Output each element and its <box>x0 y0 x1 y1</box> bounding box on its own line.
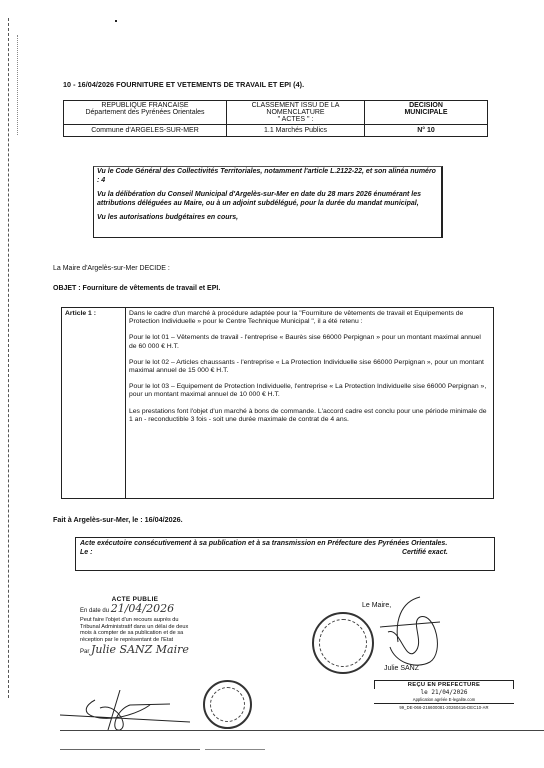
classement-value: 1.1 Marchés Publics <box>264 127 327 134</box>
article-label: Article 1 : <box>62 308 126 499</box>
article-lot-03: Pour le lot 03 – Equipement de Protectio… <box>129 383 490 399</box>
scan-margin-marks <box>17 35 19 135</box>
article-lot-01: Pour le lot 01 – Vêtements de travail - … <box>129 334 490 350</box>
recu-prefecture-code: 99_DE-066-216600081-20260416-DEC10-AR <box>374 704 514 711</box>
header-commune-cell: REPUBLIQUE FRANCAISE Département des Pyr… <box>64 101 227 125</box>
departement-label: Département des Pyrénées Orientales <box>66 109 224 116</box>
recu-prefecture-stamp: REÇU EN PREFECTURE le 21/04/2026 Applica… <box>374 680 514 711</box>
certifie-exact-label: Certifié exact. <box>402 549 448 556</box>
nomenclature-label: NOMENCLATURE <box>229 109 362 116</box>
acte-publie-date-label: En date du <box>80 608 109 614</box>
maire-name: Julie SANZ <box>384 665 419 672</box>
acte-publie-par-handwritten: Julie SANZ Maire <box>91 643 189 656</box>
scan-bottom-line <box>60 730 544 731</box>
municipale-label: MUNICIPALE <box>367 109 485 116</box>
commune-cell: Commune d'ARGELES-SUR-MER <box>64 125 227 137</box>
acte-publie-recours-text: Peut faire l'objet d'un recours auprès d… <box>80 617 190 643</box>
acte-publie-date-handwritten: 21/04/2026 <box>111 602 174 615</box>
vu-code-general: Vu le Code Général des Collectivités Ter… <box>97 168 438 185</box>
classement-label: CLASSEMENT ISSU DE LA <box>229 102 362 109</box>
header-classement-cell: CLASSEMENT ISSU DE LA NOMENCLATURE " ACT… <box>227 101 365 125</box>
scan-margin-line <box>8 18 10 698</box>
actes-label: " ACTES " : <box>229 116 362 123</box>
executoire-text: Acte exécutoire consécutivement à sa pub… <box>80 540 490 549</box>
document-title: 10 - 16/04/2026 FOURNITURE ET VETEMENTS … <box>63 80 304 89</box>
executoire-le-label: Le : <box>80 549 400 558</box>
acte-publie-par-label: Par <box>80 649 89 655</box>
municipal-seal-stamp-small-icon <box>203 680 252 729</box>
recu-prefecture-heading: REÇU EN PREFECTURE <box>374 680 514 689</box>
header-decision-cell: DECISION MUNICIPALE <box>365 101 488 125</box>
scan-bottom-line-2 <box>60 749 200 750</box>
article-lot-02: Pour le lot 02 – Articles chaussants - l… <box>129 359 490 375</box>
republique-label: REPUBLIQUE FRANCAISE <box>66 102 224 109</box>
vu-budget: Vu les autorisations budgétaires en cour… <box>97 214 438 223</box>
header-table: REPUBLIQUE FRANCAISE Département des Pyr… <box>63 100 488 137</box>
secondary-signature-icon <box>60 690 200 735</box>
acte-publie-stamp: ACTE PUBLIE En date du 21/04/2026 Peut f… <box>80 596 190 656</box>
classement-value-cell: 1.1 Marchés Publics <box>227 125 365 137</box>
decision-label: DECISION <box>367 102 485 109</box>
decision-number-cell: N° 10 <box>365 125 488 137</box>
decision-number: N° 10 <box>417 127 435 134</box>
recu-prefecture-date: le 21/04/2026 <box>374 689 514 696</box>
article-table: Article 1 : Dans le cadre d'un marché à … <box>61 307 494 499</box>
executoire-box: Acte exécutoire consécutivement à sa pub… <box>75 537 495 571</box>
vu-box: Vu le Code Général des Collectivités Ter… <box>93 166 443 238</box>
vu-deliberation: Vu la délibération du Conseil Municipal … <box>97 191 438 208</box>
article-body: Dans le cadre d'un marché à procédure ad… <box>126 308 494 499</box>
article-prestations: Les prestations font l'objet d'un marché… <box>129 408 490 424</box>
fait-a-statement: Fait à Argelès-sur-Mer, le : 16/04/2026. <box>53 515 183 524</box>
recu-prefecture-via: Application agréée E-legalite.com <box>374 696 514 704</box>
decide-statement: La Maire d'Argelès-sur-Mer DECIDE : <box>53 265 170 272</box>
commune-name: Commune d'ARGELES-SUR-MER <box>91 127 199 134</box>
article-intro: Dans le cadre d'un marché à procédure ad… <box>129 310 490 326</box>
scan-bottom-line-3 <box>205 749 265 750</box>
scan-speck <box>115 20 117 22</box>
objet-statement: OBJET : Fourniture de vêtements de trava… <box>53 285 220 292</box>
